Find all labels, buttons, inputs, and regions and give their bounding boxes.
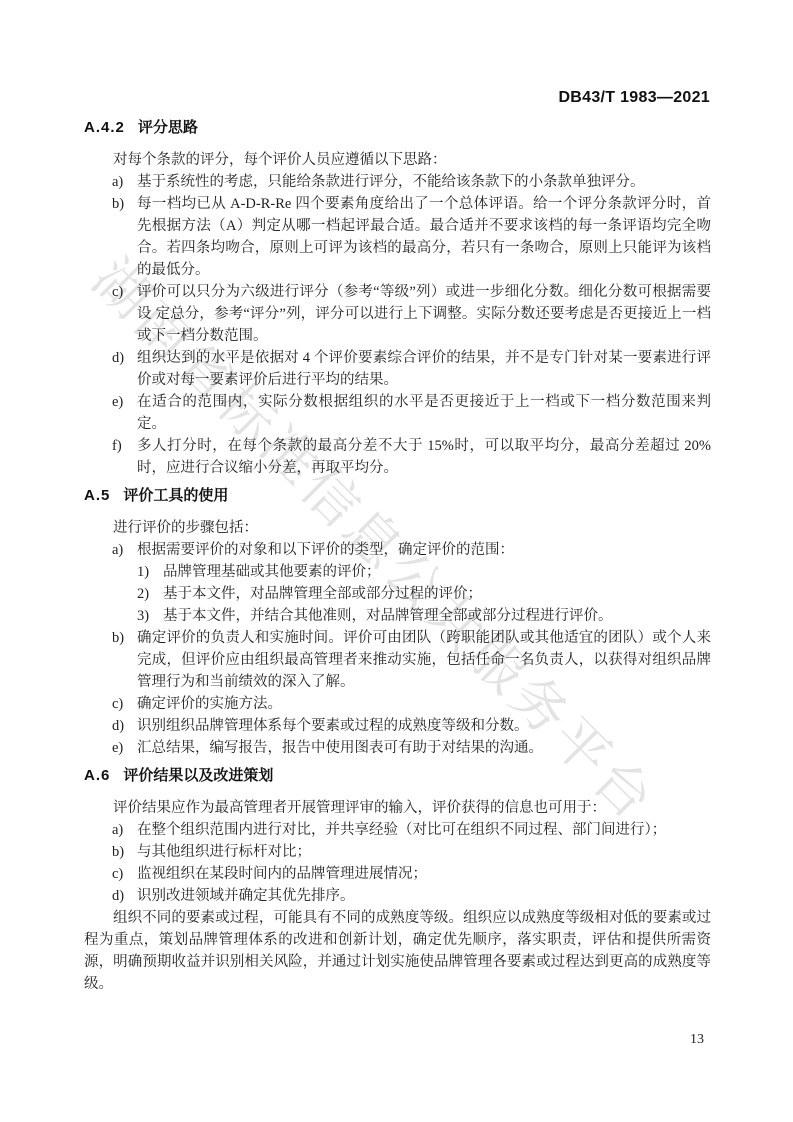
list-item: d)组织达到的水平是依据对 4 个评价要素综合评价的结果，并不是专门针对某一要素…	[112, 347, 711, 391]
list-item-label: d)	[112, 885, 137, 907]
list-item-label: b)	[112, 627, 137, 693]
closing-paragraph: 组织不同的要素或过程，可能具有不同的成熟度等级。组织应以成熟度等级相对低的要素或…	[84, 907, 711, 995]
list-item: a)基于系统性的考虑，只能给条款进行评分，不能给该条款下的小条款单独评分。	[112, 171, 711, 193]
list-item-text: 每一档均已从 A-D-R-Re 四个要素角度给出了一个总体评语。给一个评分条款评…	[137, 193, 711, 281]
list-item-text: 监视组织在某段时间内的品牌管理进展情况；	[137, 863, 711, 885]
section-intro: 评价结果应作为最高管理者开展管理评审的输入，评价获得的信息也可用于：	[84, 797, 711, 819]
sub-list-item-text: 基于本文件，并结合其他准则，对品牌管理全部或部分过程进行评价。	[163, 605, 711, 627]
list-item-text: 根据需要评价的对象和以下评价的类型，确定评价的范围：	[137, 539, 711, 561]
standard-code-header: DB43/T 1983—2021	[558, 89, 710, 107]
list-item-text: 组织达到的水平是依据对 4 个评价要素综合评价的结果，并不是专门针对某一要素进行…	[137, 347, 711, 391]
list-item-text: 识别组织品牌管理体系每个要素或过程的成熟度等级和分数。	[137, 715, 711, 737]
list-item: c)确定评价的实施方法。	[112, 693, 711, 715]
list-item-label: d)	[112, 347, 137, 391]
section-heading-a-4-2: A.4.2评分思路	[84, 117, 711, 139]
list-item: c)评价可以只分为六级进行评分（参考“等级”列）或进一步细化分数。细化分数可根据…	[112, 281, 711, 347]
sub-list-item-label: 3)	[137, 605, 163, 627]
list-item: a)在整个组织范围内进行对比，并共享经验（对比可在组织不同过程、部门间进行）；	[112, 819, 711, 841]
list-item-label: a)	[112, 171, 137, 193]
list-item-label: c)	[112, 863, 137, 885]
list-item-label: f)	[112, 435, 137, 479]
list-item-text: 在适合的范围内，实际分数根据组织的水平是否更接近于上一档或下一档分数范围来判定。	[137, 391, 711, 435]
list-item-label: b)	[112, 193, 137, 281]
list-item: c)监视组织在某段时间内的品牌管理进展情况；	[112, 863, 711, 885]
sub-list-item-label: 2)	[137, 583, 163, 605]
list-item: a)根据需要评价的对象和以下评价的类型，确定评价的范围：	[112, 539, 711, 561]
sub-list-item: 3)基于本文件，并结合其他准则，对品牌管理全部或部分过程进行评价。	[137, 605, 711, 627]
list-item-text: 识别改进领域并确定其优先排序。	[137, 885, 711, 907]
list-item: f)多人打分时，在每个条款的最高分差不大于 15%时，可以取平均分，最高分差超过…	[112, 435, 711, 479]
list-item-label: b)	[112, 841, 137, 863]
sub-list-item-text: 基于本文件，对品牌管理全部或部分过程的评价；	[163, 583, 711, 605]
list-item-label: a)	[112, 539, 137, 561]
section-number: A.6	[84, 767, 110, 784]
sub-list-item: 1)品牌管理基础或其他要素的评价；	[137, 561, 711, 583]
list-item-text: 与其他组织进行标杆对比；	[137, 841, 711, 863]
sub-list-item-text: 品牌管理基础或其他要素的评价；	[163, 561, 711, 583]
list-item-label: c)	[112, 281, 137, 347]
list-item: e)在适合的范围内，实际分数根据组织的水平是否更接近于上一档或下一档分数范围来判…	[112, 391, 711, 435]
list-item: d)识别组织品牌管理体系每个要素或过程的成熟度等级和分数。	[112, 715, 711, 737]
list-item: b)确定评价的负责人和实施时间。评价可由团队（跨职能团队或其他适宜的团队）或个人…	[112, 627, 711, 693]
list-item-label: d)	[112, 715, 137, 737]
list-item: b)每一档均已从 A-D-R-Re 四个要素角度给出了一个总体评语。给一个评分条…	[112, 193, 711, 281]
page-number: 13	[690, 1032, 704, 1048]
section-title: 评价结果以及改进策划	[123, 767, 273, 784]
list-item-label: e)	[112, 391, 137, 435]
sub-list-item-label: 1)	[137, 561, 163, 583]
list-item-label: c)	[112, 693, 137, 715]
section-number: A.5	[84, 487, 110, 504]
list-item-text: 基于系统性的考虑，只能给条款进行评分，不能给该条款下的小条款单独评分。	[137, 171, 711, 193]
list-item-text: 确定评价的负责人和实施时间。评价可由团队（跨职能团队或其他适宜的团队）或个人来完…	[137, 627, 711, 693]
list-item-label: e)	[112, 737, 137, 759]
document-page: 湖南省标准信息公共服务平台 DB43/T 1983—2021 A.4.2评分思路…	[0, 0, 793, 1122]
list-item-text: 在整个组织范围内进行对比，并共享经验（对比可在组织不同过程、部门间进行）；	[137, 819, 711, 841]
list-item-label: a)	[112, 819, 137, 841]
section-heading-a-6: A.6评价结果以及改进策划	[84, 765, 711, 787]
sub-list-item: 2)基于本文件，对品牌管理全部或部分过程的评价；	[137, 583, 711, 605]
section-heading-a-5: A.5评价工具的使用	[84, 485, 711, 507]
list-item-text: 评价可以只分为六级进行评分（参考“等级”列）或进一步细化分数。细化分数可根据需要…	[137, 281, 711, 347]
list-item: d)识别改进领域并确定其优先排序。	[112, 885, 711, 907]
document-body: A.4.2评分思路对每个条款的评分，每个评价人员应遵循以下思路：a)基于系统性的…	[84, 117, 711, 995]
section-number: A.4.2	[84, 119, 125, 136]
section-intro: 对每个条款的评分，每个评价人员应遵循以下思路：	[84, 149, 711, 171]
list-item-text: 多人打分时，在每个条款的最高分差不大于 15%时，可以取平均分，最高分差超过 2…	[137, 435, 711, 479]
list-item: b)与其他组织进行标杆对比；	[112, 841, 711, 863]
list-item: e)汇总结果，编写报告，报告中使用图表可有助于对结果的沟通。	[112, 737, 711, 759]
section-intro: 进行评价的步骤包括：	[84, 517, 711, 539]
list-item-text: 汇总结果，编写报告，报告中使用图表可有助于对结果的沟通。	[137, 737, 711, 759]
section-title: 评分思路	[138, 119, 198, 136]
list-item-text: 确定评价的实施方法。	[137, 693, 711, 715]
section-title: 评价工具的使用	[123, 487, 228, 504]
